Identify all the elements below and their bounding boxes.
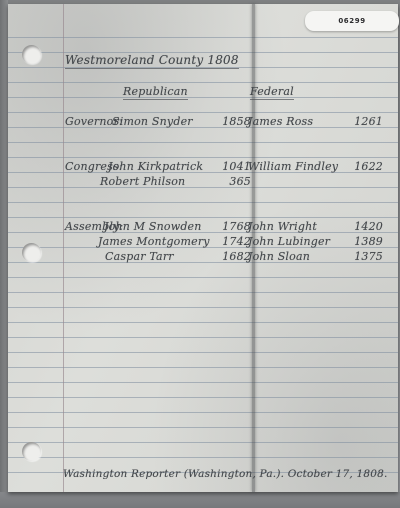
federal-votes: 1622 [338,160,383,174]
republican-candidate: Simon Snyder [112,115,193,129]
federal-votes: 1261 [338,115,383,129]
republican-votes: 365 [213,175,251,189]
federal-votes: 1375 [338,250,383,264]
source-citation: Washington Reporter (Washington, Pa.). O… [63,467,388,481]
catalog-label: 06299 [305,11,399,31]
result-row-assembly-2: James Montgomery 1742 John Lubinger 1389 [8,235,398,250]
republican-candidate: John M Snowden [104,220,202,234]
republican-votes: 1682 [213,250,251,264]
result-row-congress-1: Congress: John Kirkpatrick 1041 William … [8,160,398,175]
republican-candidate: James Montgomery [98,235,210,249]
federal-candidate: John Lubinger [248,235,330,249]
scanned-document: 06299 Westmoreland County 1808 Republica… [0,0,400,508]
punch-hole-top [22,45,41,64]
republican-candidate: Caspar Tarr [105,250,174,264]
republican-votes: 1768 [213,220,251,234]
republican-votes: 1742 [213,235,251,249]
result-row-assembly-1: Assembly: John M Snowden 1768 John Wrigh… [8,220,398,235]
punch-hole-bottom [22,442,41,461]
catalog-number: 06299 [338,17,365,25]
republican-candidate: John Kirkpatrick [108,160,203,174]
scan-edge-left [0,0,8,508]
column-header-republican: Republican [123,85,188,99]
scan-edge-bottom [0,492,400,508]
federal-votes: 1389 [338,235,383,249]
page-title: Westmoreland County 1808 [65,53,239,67]
paper-sheet: 06299 Westmoreland County 1808 Republica… [8,4,398,492]
column-header-federal: Federal [250,85,294,99]
federal-candidate: John Sloan [248,250,310,264]
republican-votes: 1041 [213,160,251,174]
federal-candidate: John Wright [248,220,317,234]
result-row-assembly-3: Caspar Tarr 1682 John Sloan 1375 [8,250,398,265]
result-row-congress-2: Robert Philson 365 [8,175,398,190]
federal-votes: 1420 [338,220,383,234]
federal-candidate: William Findley [248,160,338,174]
republican-candidate: Robert Philson [100,175,185,189]
result-row-governor: Governor: Simon Snyder 1858 James Ross 1… [8,115,398,130]
republican-votes: 1858 [213,115,251,129]
federal-candidate: James Ross [248,115,313,129]
